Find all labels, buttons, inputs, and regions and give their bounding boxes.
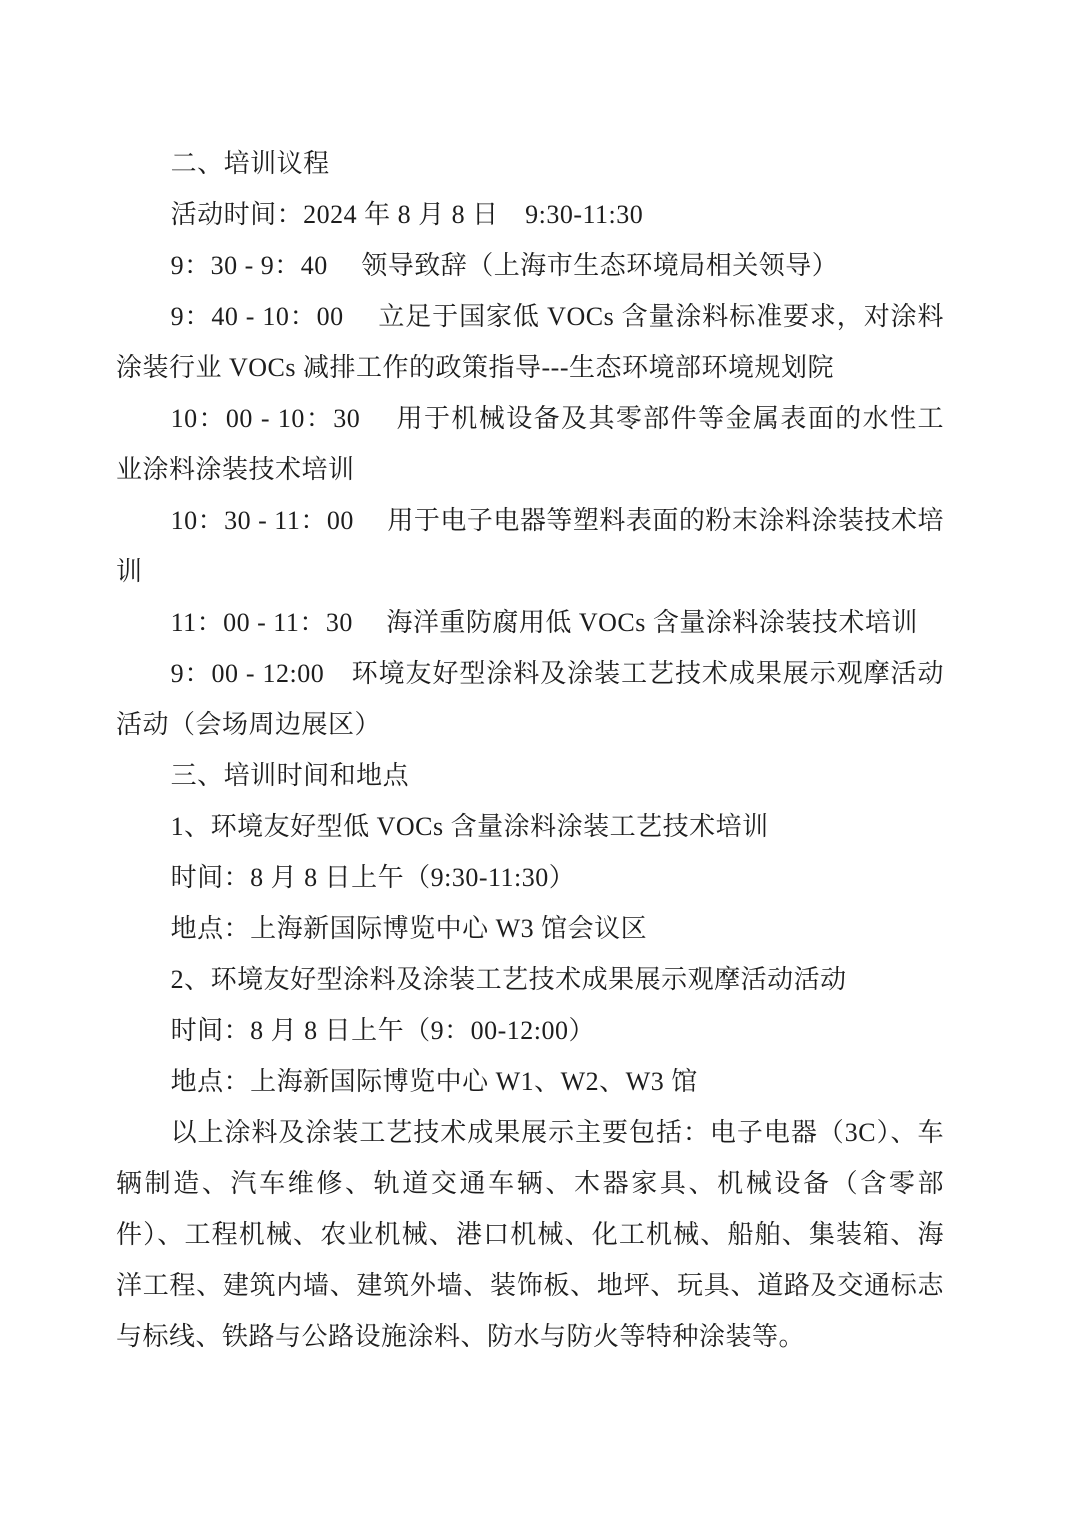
training2-title: 2、环境友好型涂料及涂装工艺技术成果展示观摩活动活动 (116, 954, 944, 1005)
training1-location: 地点：上海新国际博览中心 W3 馆会议区 (116, 903, 944, 954)
agenda-section-heading: 二、培训议程 (116, 138, 944, 189)
agenda-item: 9：00 - 12:00 环境友好型涂料及涂装工艺技术成果展示观摩活动活动（会场… (116, 648, 944, 750)
agenda-item: 9：30 - 9：40 领导致辞（上海市生态环境局相关领导） (116, 240, 944, 291)
training2-location: 地点：上海新国际博览中心 W1、W2、W3 馆 (116, 1056, 944, 1107)
document-page: 二、培训议程 活动时间：2024 年 8 月 8 日 9:30-11:30 9：… (0, 0, 1080, 1527)
agenda-item: 10：30 - 11：00 用于电子电器等塑料表面的粉末涂料涂装技术培训 (116, 495, 944, 597)
training1-title: 1、环境友好型低 VOCs 含量涂料涂装工艺技术培训 (116, 801, 944, 852)
agenda-item: 11：00 - 11：30 海洋重防腐用低 VOCs 含量涂料涂装技术培训 (116, 597, 944, 648)
schedule-section-heading: 三、培训时间和地点 (116, 750, 944, 801)
exhibit-scope-note: 以上涂料及涂装工艺技术成果展示主要包括：电子电器（3C）、车辆制造、汽车维修、轨… (116, 1107, 944, 1362)
agenda-item: 10：00 - 10：30 用于机械设备及其零部件等金属表面的水性工业涂料涂装技… (116, 393, 944, 495)
event-time-line: 活动时间：2024 年 8 月 8 日 9:30-11:30 (116, 189, 944, 240)
training2-time: 时间：8 月 8 日上午（9：00-12:00） (116, 1005, 944, 1056)
agenda-item: 9：40 - 10：00 立足于国家低 VOCs 含量涂料标准要求，对涂料涂装行… (116, 291, 944, 393)
training1-time: 时间：8 月 8 日上午（9:30-11:30） (116, 852, 944, 903)
